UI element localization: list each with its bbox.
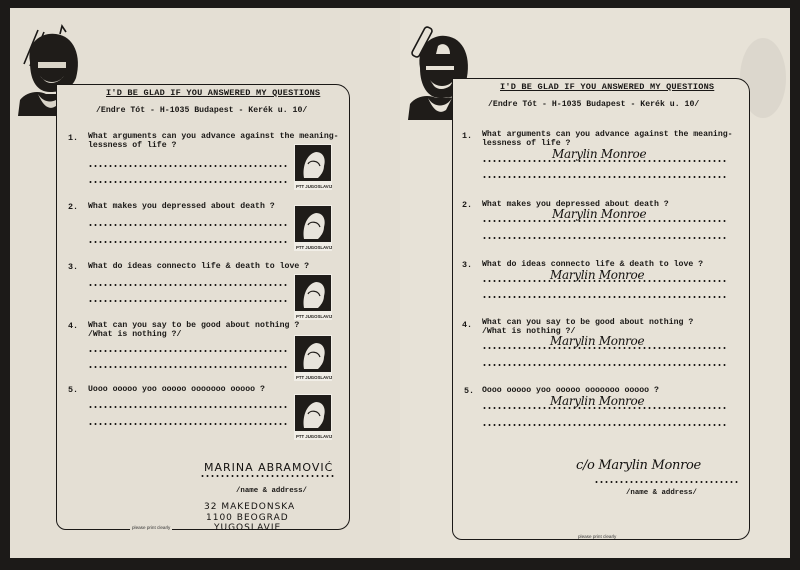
answer-line[interactable] (88, 165, 288, 167)
question-number: 1. (462, 131, 472, 141)
question-number: 5. (68, 385, 78, 395)
answer-text: Marylin Monroe (550, 334, 644, 348)
answer-line[interactable] (88, 366, 288, 368)
artist-address: /Endre Tót - H-1035 Budapest - Kerék u. … (96, 106, 307, 115)
svg-text:PTT JUGOSLAVIJA: PTT JUGOSLAVIJA (296, 245, 332, 250)
answer-line[interactable] (88, 350, 288, 352)
svg-text:15: 15 (320, 234, 330, 243)
svg-text:PTT JUGOSLAVIJA: PTT JUGOSLAVIJA (296, 314, 332, 319)
answer-line[interactable] (482, 237, 728, 239)
svg-text:15: 15 (320, 423, 330, 432)
question-number: 1. (68, 133, 78, 143)
respondent-signature: c/o Marylin Monroe (576, 458, 701, 473)
answer-text: Marylin Monroe (552, 207, 646, 221)
question-text: What arguments can you advance against t… (482, 130, 733, 148)
question-number: 4. (462, 320, 472, 330)
print-clearly-note: please print clearly (576, 534, 618, 539)
question-text: Uooo ooooo yoo ooooo ooooooo ooooo ? (88, 385, 265, 394)
answer-line[interactable] (88, 181, 288, 183)
question-number: 5. (464, 386, 474, 396)
answer-line[interactable] (88, 241, 288, 243)
question-number: 3. (462, 260, 472, 270)
svg-text:15: 15 (320, 303, 330, 312)
svg-text:PTT JUGOSLAVIJA: PTT JUGOSLAVIJA (296, 434, 332, 439)
answer-text: Marylin Monroe (550, 268, 644, 282)
answer-line[interactable] (88, 406, 288, 408)
name-address-label: /name & address/ (236, 487, 307, 495)
right-page: I'D BE GLAD IF YOU ANSWERED MY QUESTIONS… (400, 8, 790, 558)
answer-line[interactable] (482, 176, 728, 178)
svg-text:PTT JUGOSLAVIJA: PTT JUGOSLAVIJA (296, 375, 332, 380)
answer-text: Marylin Monroe (550, 394, 644, 408)
answer-line[interactable] (88, 300, 288, 302)
name-address-label: /name & address/ (626, 489, 697, 497)
name-address-line[interactable] (594, 481, 738, 483)
postage-stamp: 15PTT JUGOSLAVIJA (294, 335, 332, 381)
question-number: 2. (68, 202, 78, 212)
answer-line[interactable] (88, 284, 288, 286)
answer-line[interactable] (482, 424, 728, 426)
answer-line[interactable] (482, 364, 728, 366)
postage-stamp: 15PTT JUGOSLAVIJA (294, 274, 332, 320)
answer-line[interactable] (88, 224, 288, 226)
name-address-line[interactable] (200, 475, 334, 477)
questionnaire-title: I'D BE GLAD IF YOU ANSWERED MY QUESTIONS (106, 88, 320, 98)
svg-text:15: 15 (320, 173, 330, 182)
address-line-1: 32 MAKEDONSKA (204, 502, 295, 512)
artist-address: /Endre Tót - H-1035 Budapest - Kerék u. … (488, 100, 699, 109)
postage-stamp: 15PTT JUGOSLAVIJA (294, 394, 332, 440)
svg-text:15: 15 (320, 364, 330, 373)
question-text: What do ideas connecto life & death to l… (88, 262, 309, 271)
address-line-3: YUGOSLAVIE (214, 523, 281, 533)
question-number: 4. (68, 321, 78, 331)
svg-text:PTT JUGOSLAVIJA: PTT JUGOSLAVIJA (296, 184, 332, 189)
postage-stamp: 15PTT JUGOSLAVIJA (294, 205, 332, 251)
questionnaire-title: I'D BE GLAD IF YOU ANSWERED MY QUESTIONS (500, 82, 714, 92)
answer-text: Marylin Monroe (552, 147, 646, 161)
question-number: 3. (68, 262, 78, 272)
question-number: 2. (462, 200, 472, 210)
left-page: I'D BE GLAD IF YOU ANSWERED MY QUESTIONS… (10, 8, 400, 558)
address-line-2: 1100 BEOGRAD (206, 513, 289, 523)
answer-line[interactable] (88, 423, 288, 425)
respondent-signature: MARINA ABRAMOVIĆ (204, 461, 333, 474)
question-text: What makes you depressed about death ? (88, 202, 275, 211)
answer-line[interactable] (482, 296, 728, 298)
question-text: What can you say to be good about nothin… (88, 321, 299, 339)
postage-stamp: 15PTT JUGOSLAVIJA (294, 144, 332, 190)
print-clearly-note: please print clearly (130, 525, 172, 530)
